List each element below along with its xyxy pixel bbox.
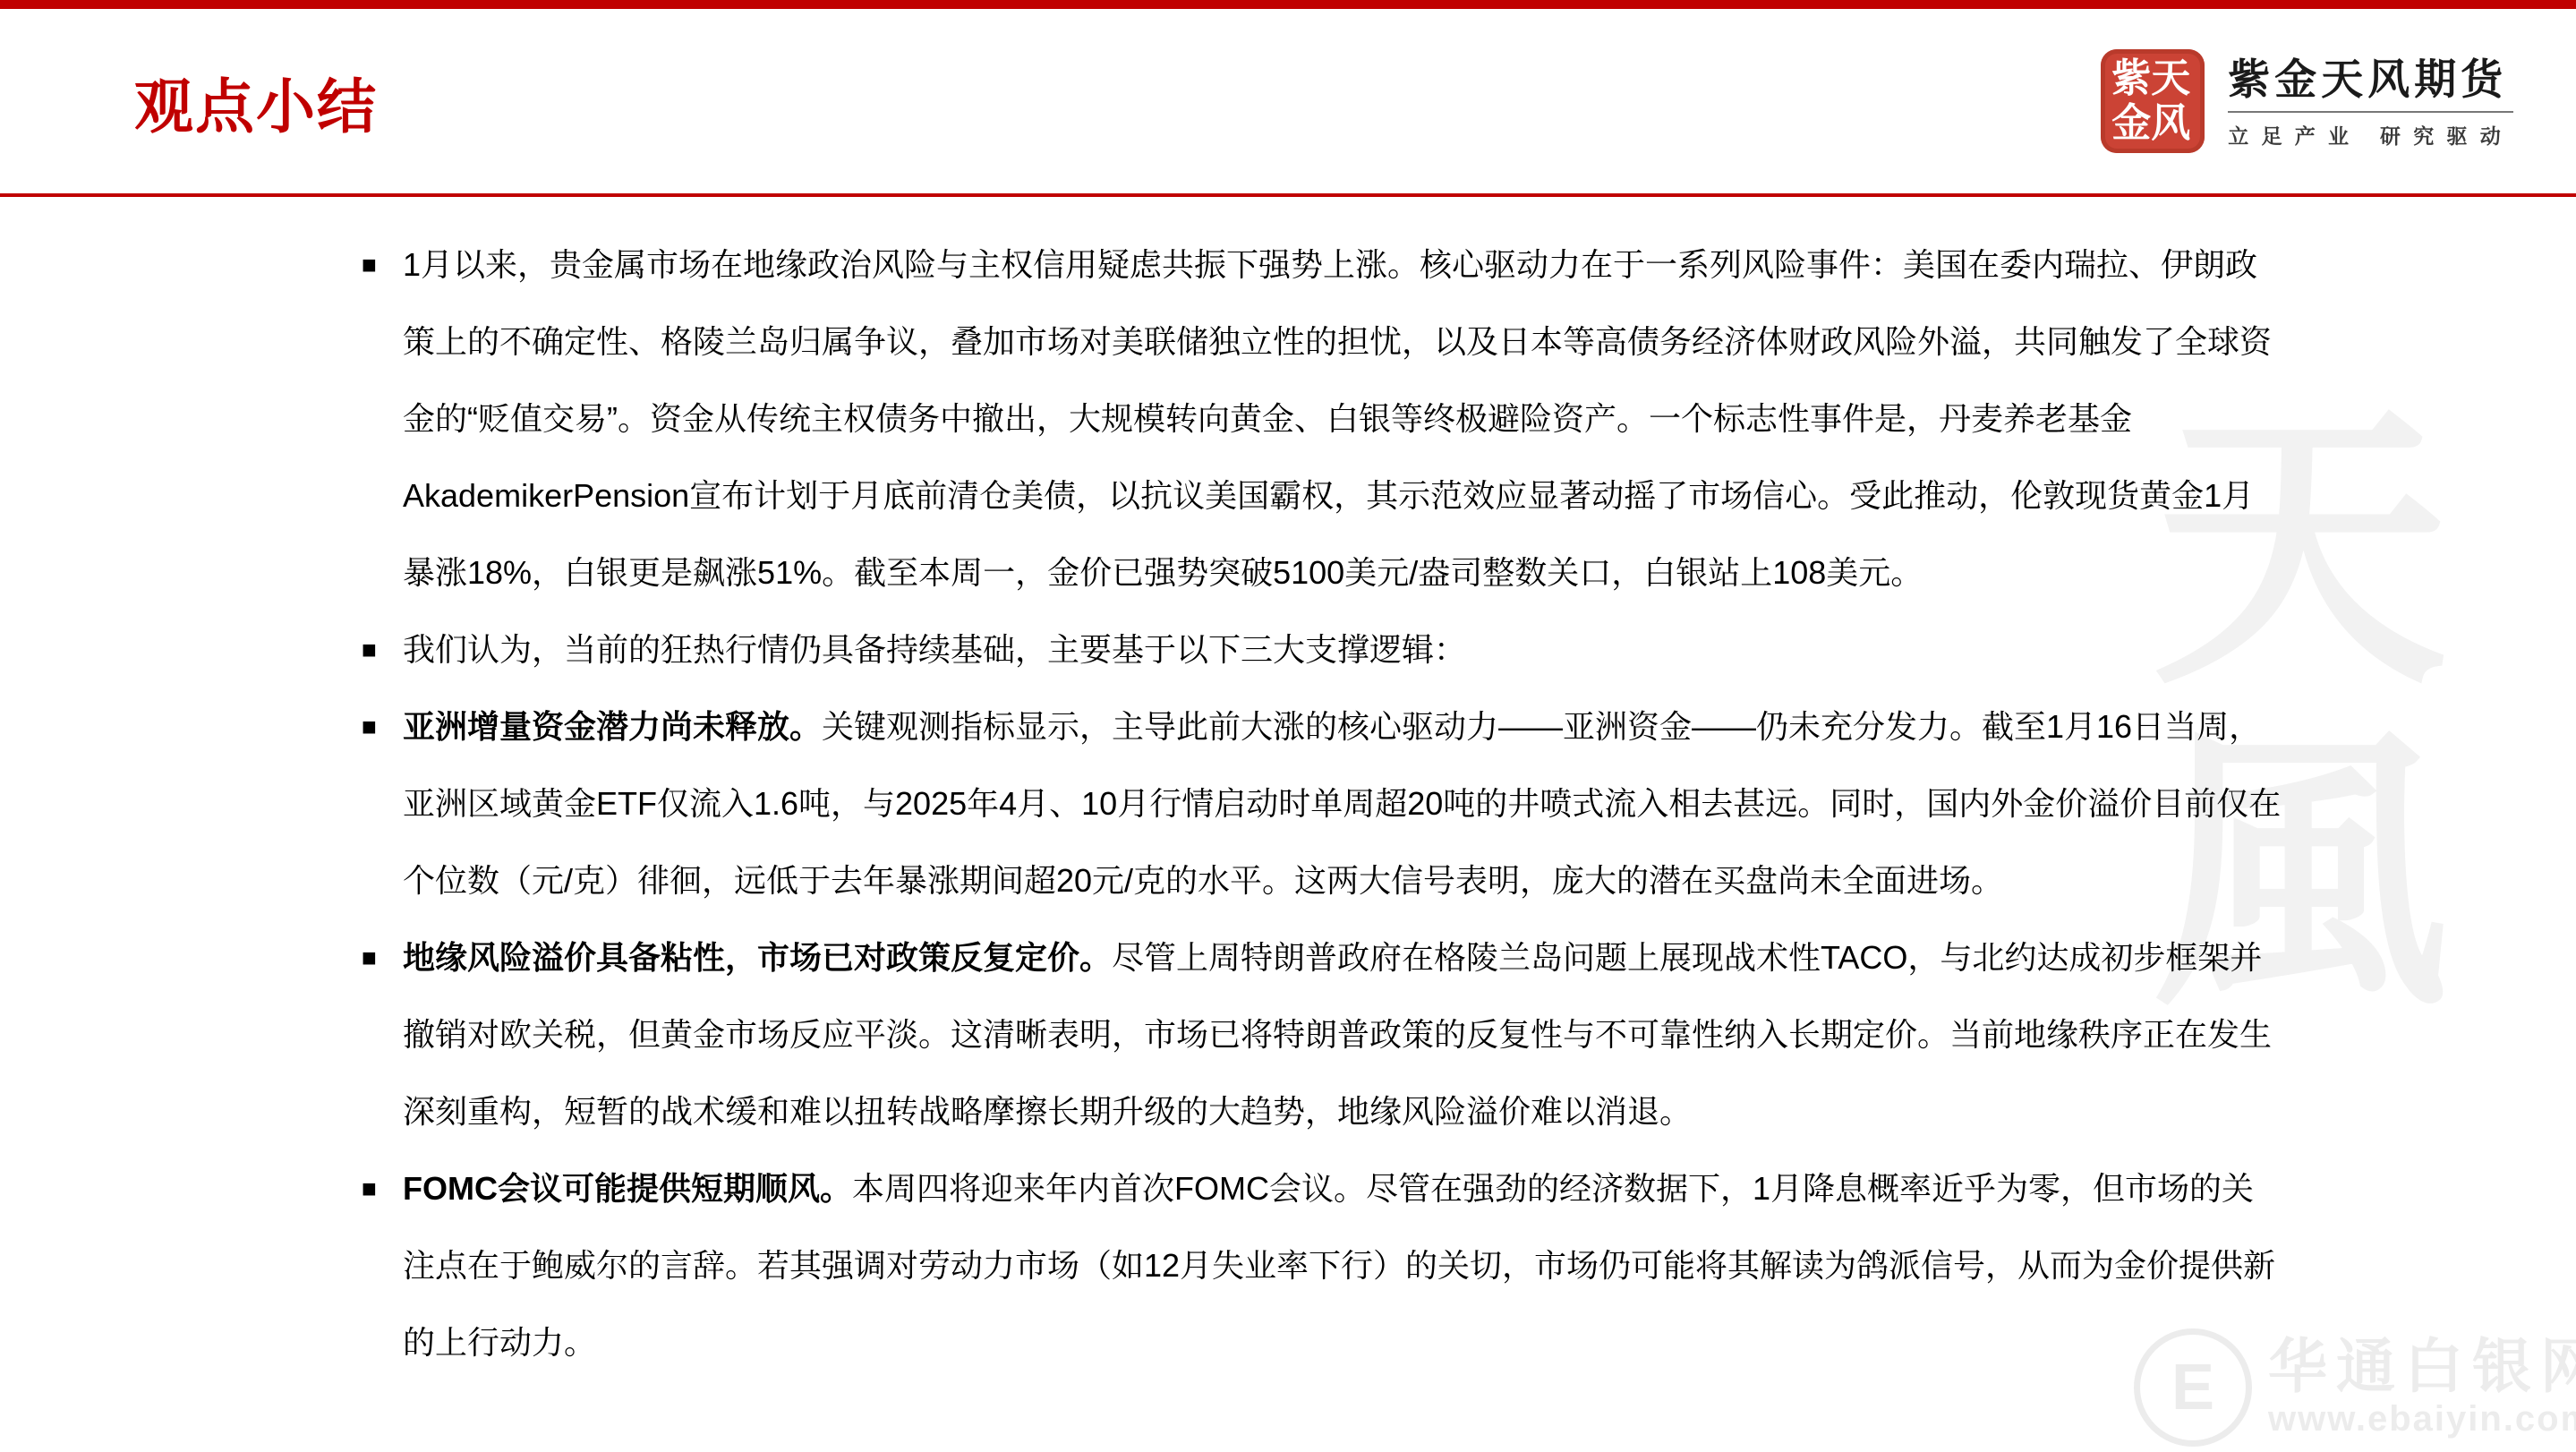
header-divider bbox=[0, 193, 2576, 197]
top-accent-bar bbox=[0, 0, 2576, 9]
bullet-item: ■地缘风险溢价具备粘性，市场已对政策反复定价。尽管上周特朗普政府在格陵兰岛问题上… bbox=[362, 919, 2282, 1150]
bullet-item: ■亚洲增量资金潜力尚未释放。关键观测指标显示，主导此前大涨的核心驱动力——亚洲资… bbox=[362, 688, 2282, 919]
bullet-item: ■FOMC会议可能提供短期顺风。本周四将迎来年内首次FOMC会议。尽管在强劲的经… bbox=[362, 1150, 2282, 1381]
watermark-title: 华通白银网 bbox=[2268, 1335, 2576, 1397]
bullet-text: 我们认为，当前的狂热行情仍具备持续基础，主要基于以下三大支撑逻辑： bbox=[403, 611, 2282, 688]
logo-seal-icon: 紫天 金风 bbox=[2101, 49, 2205, 153]
bullet-marker-icon: ■ bbox=[362, 919, 377, 996]
logo-tagline: 立足产业 研究驱动 bbox=[2228, 120, 2513, 149]
bullet-text: FOMC会议可能提供短期顺风。本周四将迎来年内首次FOMC会议。尽管在强劲的经济… bbox=[403, 1150, 2282, 1381]
logo-text-block: 紫金天风期货 立足产业 研究驱动 bbox=[2228, 54, 2513, 149]
slide: 观点小结 紫天 金风 紫金天风期货 立足产业 研究驱动 天風 ■1月以来，贵金属… bbox=[0, 0, 2576, 1452]
bullet-text: 地缘风险溢价具备粘性，市场已对政策反复定价。尽管上周特朗普政府在格陵兰岛问题上展… bbox=[403, 919, 2282, 1150]
bullet-text: 1月以来，贵金属市场在地缘政治风险与主权信用疑虑共振下强势上涨。核心驱动力在于一… bbox=[403, 226, 2282, 611]
bullet-lead: FOMC会议可能提供短期顺风。 bbox=[403, 1170, 852, 1207]
bullet-marker-icon: ■ bbox=[362, 1150, 377, 1227]
bullet-marker-icon: ■ bbox=[362, 611, 377, 688]
logo-company-name: 紫金天风期货 bbox=[2228, 54, 2513, 106]
bullet-marker-icon: ■ bbox=[362, 226, 377, 303]
company-logo: 紫天 金风 紫金天风期货 立足产业 研究驱动 bbox=[2101, 49, 2513, 153]
watermark-url: www.ebaiyin.com bbox=[2268, 1397, 2576, 1440]
logo-seal-row: 紫天 bbox=[2111, 58, 2194, 99]
bullet-marker-icon: ■ bbox=[362, 688, 377, 765]
bullet-lead: 地缘风险溢价具备粘性，市场已对政策反复定价。 bbox=[403, 939, 1112, 976]
slide-header: 观点小结 紫天 金风 紫金天风期货 立足产业 研究驱动 bbox=[0, 9, 2576, 193]
page-title: 观点小结 bbox=[134, 59, 378, 144]
bullet-lead: 亚洲增量资金潜力尚未释放。 bbox=[403, 708, 822, 745]
bullet-item: ■我们认为，当前的狂热行情仍具备持续基础，主要基于以下三大支撑逻辑： bbox=[362, 611, 2282, 688]
bullet-item: ■1月以来，贵金属市场在地缘政治风险与主权信用疑虑共振下强势上涨。核心驱动力在于… bbox=[362, 226, 2282, 611]
logo-seal-row: 金风 bbox=[2111, 103, 2194, 144]
watermark-text-block: 华通白银网 www.ebaiyin.com bbox=[2268, 1335, 2576, 1440]
bullet-text: 亚洲增量资金潜力尚未释放。关键观测指标显示，主导此前大涨的核心驱动力——亚洲资金… bbox=[403, 688, 2282, 919]
content-area: ■1月以来，贵金属市场在地缘政治风险与主权信用疑虑共振下强势上涨。核心驱动力在于… bbox=[362, 199, 2309, 1381]
logo-divider bbox=[2228, 111, 2513, 113]
